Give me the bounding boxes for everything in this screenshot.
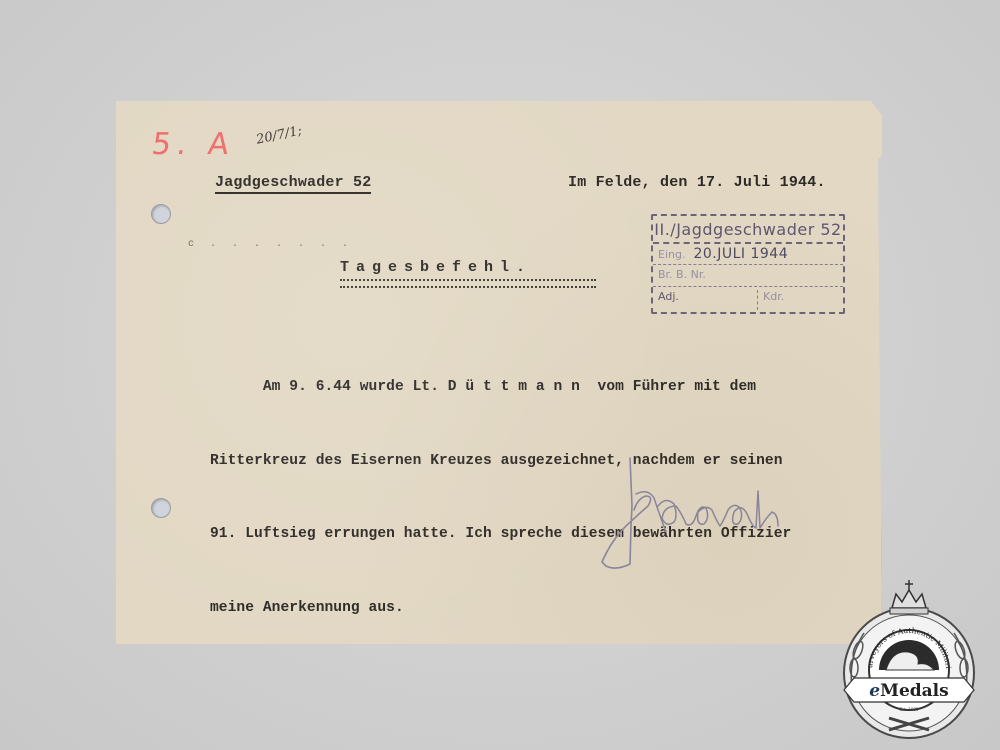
stamp-adj-label: Adj. xyxy=(658,290,679,303)
signature-icon xyxy=(596,446,816,576)
stamp-brbnr-row: Br. B. Nr. xyxy=(653,268,843,287)
body-line: meine Anerkennung aus. xyxy=(210,596,890,621)
unit-header: Jagdgeschwader 52 xyxy=(215,174,371,194)
emedals-brand-text: eMedals xyxy=(869,681,948,701)
place-date-line: Im Felde, den 17. Juli 1944. xyxy=(568,174,826,191)
emedals-logo-icon: eMedals Est. 1981 Purveyors of Authentic… xyxy=(834,578,984,743)
stamp-brbnr-label: Br. B. Nr. xyxy=(658,268,706,281)
stamp-eing-date: 20.JULI 1944 xyxy=(693,246,788,262)
svg-text:Est. 1981: Est. 1981 xyxy=(900,707,919,712)
document-paper: 5. A 20/7/1; Jagdgeschwader 52 Im Felde,… xyxy=(116,101,882,644)
body-line: Am 9. 6.44 wurde Lt. D ü t t m a n n vom… xyxy=(210,375,890,400)
faint-typed-marks: c . . . . . . . xyxy=(188,239,353,250)
punch-hole-top xyxy=(151,204,171,224)
stamp-eing-row: Eing.20.JULI 1944 xyxy=(653,246,843,265)
stamp-eing-label: Eing. xyxy=(658,248,685,261)
red-pencil-annotation: 5. A xyxy=(150,127,238,162)
document-heading: Tagesbefehl. xyxy=(340,259,532,276)
stamp-title: II./Jagdgeschwader 52 xyxy=(653,220,843,244)
stamp-adj-row: Adj. Kdr. xyxy=(653,290,843,308)
stamp-kdr-label: Kdr. xyxy=(757,290,784,310)
heading-underline xyxy=(340,279,596,288)
punch-hole-bottom xyxy=(151,498,171,518)
pencil-date-annotation: 20/7/1; xyxy=(255,123,303,147)
receipt-stamp: II./Jagdgeschwader 52 Eing.20.JULI 1944 … xyxy=(651,214,845,314)
